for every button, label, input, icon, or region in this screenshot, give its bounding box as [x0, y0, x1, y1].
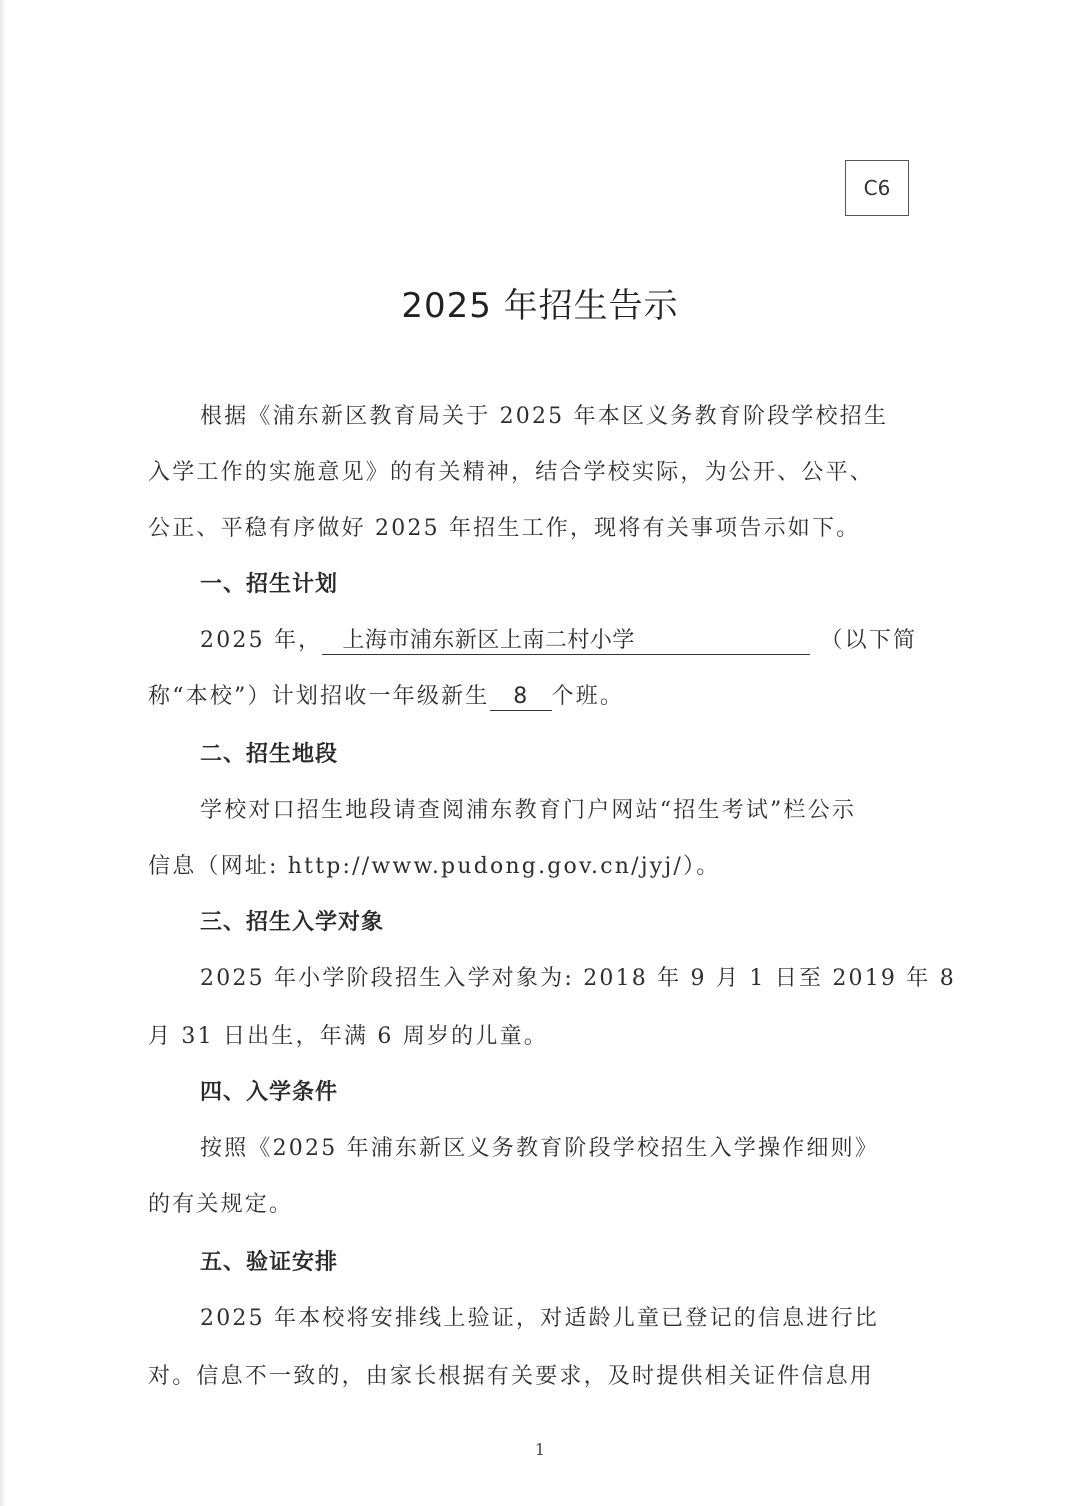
district-line-2: 信息（网址: http://www.pudong.gov.cn/jyj/）。 [148, 852, 908, 882]
plan-line-2: 称“本校”）计划招收一年级新生8个班。 [148, 682, 908, 712]
section-heading-conditions: 四、入学条件 [200, 1078, 338, 1108]
eligibility-line-2: 月 31 日出生，年满 6 周岁的儿童。 [148, 1022, 908, 1052]
verification-line-2: 对。信息不一致的，由家长根据有关要求，及时提供相关证件信息用 [148, 1362, 908, 1392]
section-heading-verification: 五、验证安排 [200, 1248, 338, 1278]
school-name-field: 上海市浦东新区上南二村小学 [322, 628, 810, 655]
document-title: 2025 年招生告示 [0, 278, 1080, 327]
verification-line-1: 2025 年本校将安排线上验证，对适龄儿童已登记的信息进行比 [200, 1304, 908, 1334]
intro-line-3: 公正、平稳有序做好 2025 年招生工作，现将有关事项告示如下。 [148, 514, 908, 544]
document-code-box: C6 [845, 160, 909, 216]
section-heading-plan: 一、招生计划 [200, 570, 338, 600]
plan-line-2-prefix: 称“本校”）计划招收一年级新生 [148, 684, 490, 709]
intro-line-1: 根据《浦东新区教育局关于 2025 年本区义务教育阶段学校招生 [200, 402, 908, 432]
class-count-field: 8 [490, 684, 552, 711]
scan-edge [0, 0, 6, 1506]
conditions-line-1: 按照《2025 年浦东新区义务教育阶段学校招生入学操作细则》 [200, 1134, 908, 1164]
conditions-line-2: 的有关规定。 [148, 1190, 908, 1220]
section-heading-eligibility: 三、招生入学对象 [200, 908, 384, 938]
plan-year-prefix: 2025 年， [200, 628, 322, 653]
plan-line-1: 2025 年，上海市浦东新区上南二村小学（以下简 [200, 626, 908, 656]
plan-line-2-suffix: 个班。 [552, 684, 625, 709]
plan-suffix: （以下简 [820, 628, 917, 653]
eligibility-line-1: 2025 年小学阶段招生入学对象为: 2018 年 9 月 1 日至 2019 … [200, 964, 908, 994]
intro-line-2: 入学工作的实施意见》的有关精神，结合学校实际，为公开、公平、 [148, 458, 908, 488]
district-line-1: 学校对口招生地段请查阅浦东教育门户网站“招生考试”栏公示 [200, 796, 908, 826]
page-number: 1 [0, 1440, 1080, 1459]
section-heading-district: 二、招生地段 [200, 740, 338, 770]
